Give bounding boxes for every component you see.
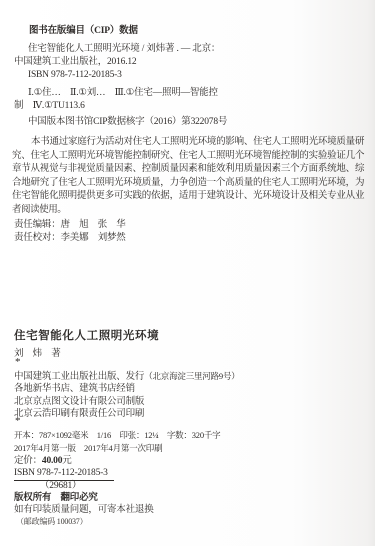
publisher-line: 中国建筑工业出版社出版、发行（北京海淀三里河路9号） (14, 370, 240, 383)
responsible-editor-line: 责任编辑：唐 旭 张 华 (14, 219, 126, 231)
edition-line: 2017年4月第一版 2017年4月第一次印刷 (14, 442, 162, 454)
typesetting-line: 北京京点图文设计有限公司制版 (14, 396, 144, 408)
separator-asterisk-1: * (15, 358, 20, 366)
postal-code: （邮政编码 100037） (16, 516, 87, 528)
copyright-notice: 版权所有 翻印必究 (14, 492, 98, 504)
price-suffix: 元 (62, 456, 71, 466)
book-title: 住宅智能化人工照明光环境 (14, 330, 159, 342)
cip-entry-line2: 中国建筑工业出版社，2016.12 (14, 56, 136, 68)
cip-entry-line1: 住宅智能化人工照明光环境 / 刘炜著 . — 北京： (28, 43, 220, 55)
responsible-proofreader-line: 责任校对：李美娜 刘梦然 (14, 232, 126, 244)
return-notice: 如有印装质量问题，可寄本社退换 (14, 504, 154, 516)
cip-record-number: 中国版本图书馆CIP数据核字（2016）第322078号 (28, 116, 227, 128)
colophon-isbn: ISBN 978-7-112-20185-3 (14, 467, 114, 481)
copyright-page: 图书在版编目（CIP）数据 住宅智能化人工照明光环境 / 刘炜著 . — 北京：… (0, 0, 375, 546)
format-line: 开本：787×1092毫米 1/16 印张：12¼ 字数：320千字 (14, 429, 220, 441)
cip-heading: 图书在版编目（CIP）数据 (29, 25, 138, 37)
separator-asterisk-2: * (15, 417, 20, 425)
book-number: （29681） (40, 480, 81, 492)
price-label: 定价： (14, 456, 42, 466)
distribution-line: 各地新华书店、建筑书店经销 (14, 383, 135, 395)
cip-classification-line1: Ⅰ.①住… Ⅱ.①刘… Ⅲ.①住宅—照明—智能控 (28, 87, 218, 99)
book-author: 刘 炜 著 (14, 348, 61, 360)
publisher-name: 中国建筑工业出版社出版、发行 (14, 372, 144, 382)
price-value: 40.00 (42, 456, 62, 466)
colophon-isbn-line: ISBN 978-7-112-20185-3 (14, 467, 114, 481)
printing-line: 北京云浩印刷有限责任公司印刷 (14, 408, 144, 420)
book-abstract: 本书通过家庭行为活动对住宅人工照明光环境的影响、住宅人工照明光环境质量研究、住宅… (12, 136, 364, 218)
cip-isbn: ISBN 978-7-112-20185-3 (28, 69, 122, 81)
publisher-address: （北京海淀三里河路9号） (144, 371, 239, 381)
price-line: 定价：40.00元 (14, 455, 72, 467)
cip-classification-line2: 制 Ⅳ.①TU113.6 (14, 100, 85, 112)
